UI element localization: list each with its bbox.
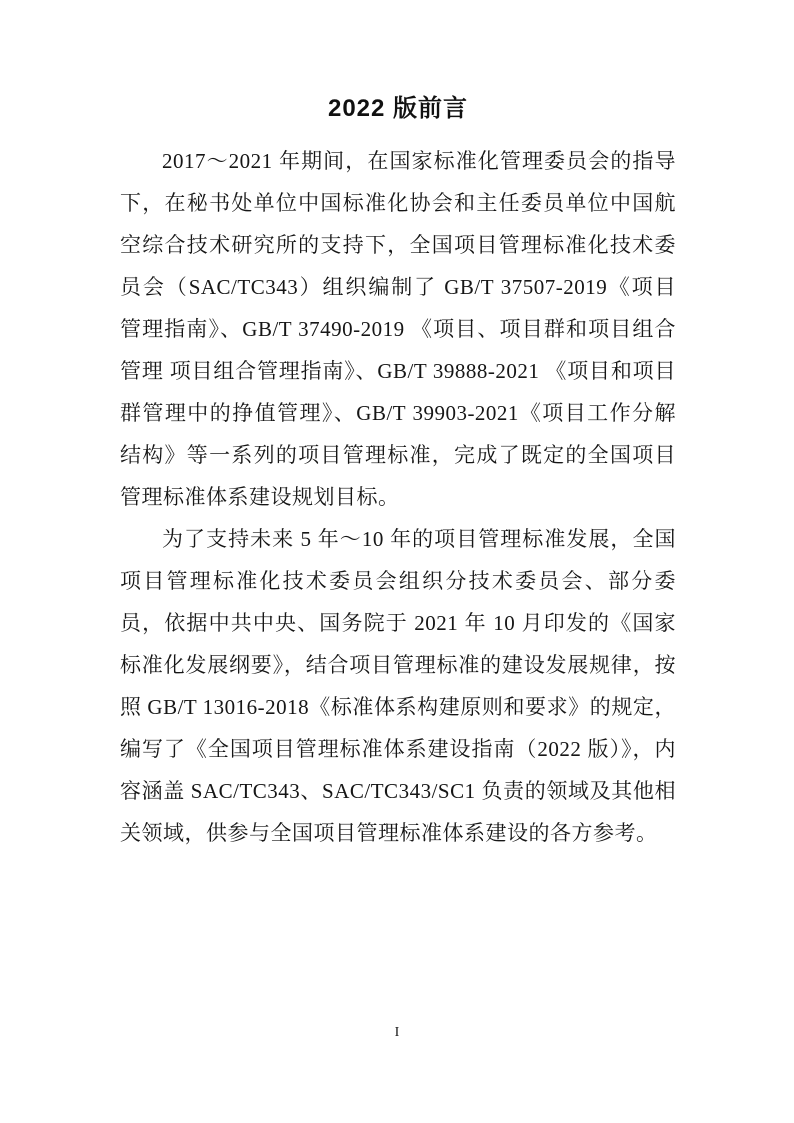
document-page: 2022 版前言 2017～2021 年期间，在国家标准化管理委员会的指导下，在… xyxy=(0,0,794,1123)
foreword-paragraph-1: 2017～2021 年期间，在国家标准化管理委员会的指导下，在秘书处单位中国标准… xyxy=(120,140,676,518)
document-title: 2022 版前言 xyxy=(120,92,676,126)
foreword-paragraph-2: 为了支持未来 5 年～10 年的项目管理标准发展，全国项目管理标准化技术委员会组… xyxy=(120,518,676,854)
page-number: I xyxy=(0,1025,794,1041)
